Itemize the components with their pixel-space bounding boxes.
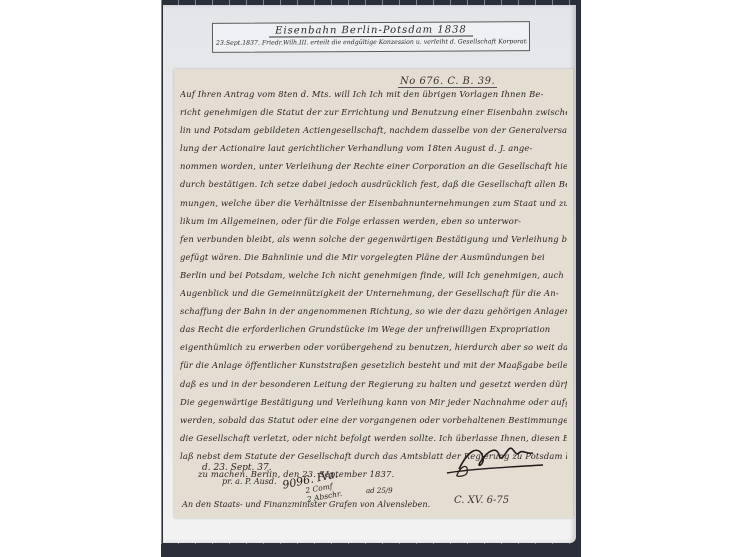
letter-line: Augenblick und die Gemeinnützigkeit der …	[180, 284, 567, 302]
letter-line: Auf Ihren Antrag vom 8ten d. Mts. will I…	[180, 85, 567, 103]
letter-line: daß es und in der besonderen Leitung der…	[180, 375, 567, 393]
letter-line: Berlin und bei Potsdam, welche Ich nicht…	[180, 266, 567, 284]
letter-line: richt genehmigen die Statut der zur Erri…	[180, 103, 567, 121]
letter-line: likum im Allgemeinen, oder für die Folge…	[180, 212, 567, 230]
cutting-mat-bottom	[161, 544, 581, 557]
letter-line: durch bestätigen. Ich setze dabei jedoch…	[180, 175, 567, 193]
letter-line: gefügt wären. Die Bahnlinie und die Mir …	[180, 248, 567, 266]
royal-signature-icon	[439, 439, 549, 479]
letter-line: für die Anlage öffentlicher Kunststraßen…	[180, 356, 567, 374]
letter-line: lung der Actionaire laut gerichtlicher V…	[180, 139, 567, 157]
album-label-title: Eisenbahn Berlin-Potsdam 1838	[213, 24, 529, 37]
receipt-date-note: d. 23. Sept. 37.	[202, 463, 272, 473]
archive-reference: C. XV. 6-75	[454, 495, 509, 506]
letter-line: lin und Potsdam gebildeten Actiengesells…	[180, 121, 567, 139]
historical-letter: No 676. C. B. 39. Auf Ihren Antrag vom 8…	[174, 69, 573, 518]
addressee-line: An den Staats- und Finanzminister Grafen…	[182, 499, 430, 509]
album-label: Eisenbahn Berlin-Potsdam 1838 23.Sept.18…	[212, 21, 530, 53]
dispatch-note: pr. a. P. Ausd.	[222, 477, 277, 486]
letter-line: eigenthümlich zu erwerben oder vorüberge…	[180, 338, 567, 356]
letter-line: werden, sobald das Statut oder eine der …	[180, 411, 567, 429]
album-label-subtitle: 23.Sept.1837. Friedr.Wilh.III. erteilt d…	[216, 38, 527, 47]
letter-line: Die gegenwärtige Bestätigung und Verleih…	[180, 393, 567, 411]
letter-line: mungen, welche über die Verhältnisse der…	[180, 194, 567, 212]
letter-line: fen verbunden bleibt, als wenn solche de…	[180, 230, 567, 248]
letter-line: schaffung der Bahn in der angenommenen R…	[180, 302, 567, 320]
letter-line: das Recht die erforderlichen Grundstücke…	[180, 320, 567, 338]
registry-date-note: ad 25/9	[366, 487, 393, 495]
album-page: Eisenbahn Berlin-Potsdam 1838 23.Sept.18…	[163, 5, 576, 543]
letter-line: nommen worden, unter Verleihung der Rech…	[180, 157, 567, 175]
document-photo: Eisenbahn Berlin-Potsdam 1838 23.Sept.18…	[161, 0, 581, 557]
letter-body: Auf Ihren Antrag vom 8ten d. Mts. will I…	[180, 85, 567, 483]
